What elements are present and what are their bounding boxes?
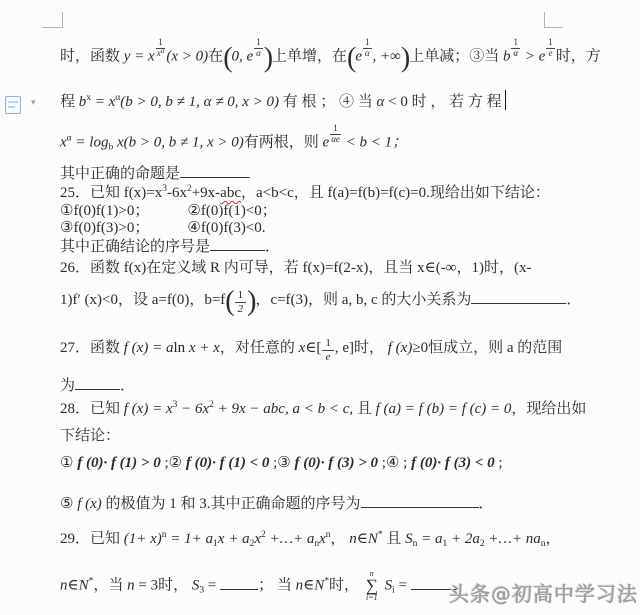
text-run: ，a<b<c，且 f(a)=f(b)=f(c)=0.现给出如下结论： — [241, 185, 550, 201]
text-run: = a — [417, 531, 442, 547]
watermark: 头条@初高中学习法 — [449, 578, 638, 607]
answer-blank — [471, 288, 566, 304]
text-line-10: 1)f′ (x)<0，设 a=f(0)，b=f(12)，c=f(3)，则 a, … — [60, 288, 581, 316]
text-run: ． — [479, 496, 494, 512]
text-run: < b < 1； — [342, 135, 407, 151]
fraction: 12 — [235, 289, 247, 315]
text-run: x + a — [218, 531, 250, 547]
text-run: 有两根，则 — [244, 135, 323, 151]
summation-symbol: n∑i=1 — [366, 570, 378, 602]
fraction: 1α — [511, 38, 520, 58]
fraction-denominator: 2 — [235, 303, 247, 316]
text-run: 为 — [60, 378, 75, 394]
text-run: − 6x — [177, 401, 209, 417]
text-run: 25．已知 f(x)=x — [60, 185, 162, 201]
fraction: 1e — [322, 337, 334, 363]
text-line-8: 其中正确结论的序号是． — [60, 235, 280, 258]
text-run: (1+ x) — [124, 531, 162, 547]
text-run: 下结论： — [60, 428, 120, 444]
answer-blank — [75, 374, 120, 390]
text-run: (b > 0, b ≠ 1, α ≠ 0, x > 0) — [120, 94, 279, 110]
spellcheck-flagged-text: abc — [220, 185, 241, 201]
text-run: e — [539, 49, 546, 65]
text-run: n — [60, 578, 68, 594]
big-paren: ) — [401, 43, 409, 74]
fraction-numerator: 1 — [235, 289, 247, 303]
text-run: + 9x − abc, a < b < c, — [214, 401, 353, 417]
text-run: 1)f′ (x)<0，设 a=f(0)，b=f — [60, 292, 225, 308]
text-run: 上单减；③当 — [409, 49, 503, 65]
text-run: +…+ a — [266, 531, 315, 547]
fraction-denominator: αe — [330, 135, 341, 145]
fraction-denominator: α — [363, 49, 372, 59]
fraction-denominator-superscript: α — [161, 47, 165, 55]
text-run: ∈[ — [305, 340, 321, 356]
text-run: e — [355, 49, 362, 65]
text-run: 程 — [60, 94, 79, 110]
text-run: 28．已知 — [60, 401, 124, 417]
document-page[interactable]: ▾ 时，函数 y = x1xα(x > 0)在(0, e1α)上单增，在(e1α… — [0, 0, 640, 615]
text-run: ∈ — [303, 578, 314, 594]
text-run: < 0 时 ， 若 方 程 — [388, 94, 501, 110]
text-run: N — [314, 578, 324, 594]
text-run: e — [323, 135, 330, 151]
text-run: +…+ na — [485, 531, 541, 547]
text-run: f (a) = f (b) = f (c) = 0 — [376, 401, 512, 417]
text-line-14: 下结论： — [60, 425, 120, 447]
text-run: = x — [91, 94, 115, 110]
text-run: S — [381, 578, 392, 594]
text-run: , +∞ — [373, 49, 401, 65]
dropdown-arrow-icon[interactable]: ▾ — [31, 98, 36, 108]
text-run: ∈ — [68, 578, 79, 594]
text-run: (b > 0, b ≠ 1, x > 0) — [124, 135, 244, 151]
summation-lower-limit: i=1 — [366, 594, 378, 602]
text-run: ； 当 — [258, 578, 296, 594]
big-paren: ( — [223, 43, 231, 74]
margin-corner-mark-topright — [544, 12, 563, 28]
big-paren: ( — [225, 286, 233, 317]
sigma-glyph: ∑ — [366, 578, 378, 594]
text-run: ; — [495, 455, 503, 471]
answer-blank — [180, 162, 250, 178]
fraction: 1e — [546, 38, 555, 58]
text-run: n — [296, 578, 304, 594]
text-run: 时， — [329, 578, 363, 594]
text-run: 0, e — [232, 49, 254, 65]
fraction-denominator: α — [511, 49, 520, 59]
text-run: x — [60, 135, 67, 151]
text-run: f (x) = x — [124, 401, 173, 417]
text-run: ，c=f(3)，则 a, b, c 的大小关系为 — [255, 292, 471, 308]
text-run: ③f(0)f(3)>0； — [60, 220, 149, 236]
text-run: f (x) = a — [124, 340, 174, 356]
text-run: ． — [120, 378, 135, 394]
answer-blank — [220, 574, 258, 590]
text-run: + 2a — [447, 531, 480, 547]
text-run: ① — [60, 455, 77, 471]
text-run: ，现给出如 — [511, 401, 586, 417]
text-run: = — [204, 578, 220, 594]
text-line-9: 26．函数 f(x)在定义域 R 内可导，若 f(x)=f(2-x)，且当 x∈… — [60, 257, 531, 279]
text-run: N — [79, 578, 89, 594]
fraction-numerator: 1 — [322, 337, 334, 351]
text-run: = — [395, 578, 411, 594]
text-run: ;② — [161, 455, 186, 471]
text-run: ;④ ; — [378, 455, 411, 471]
text-run: n — [349, 531, 357, 547]
text-run: ④f(0)f(3)<0. — [187, 220, 265, 236]
text-run: f (x) — [77, 496, 102, 512]
text-run: b — [503, 49, 511, 65]
text-run: ． — [566, 292, 581, 308]
text-run: ，当 — [93, 578, 127, 594]
text-run: x — [113, 135, 123, 151]
text-run: 且 — [353, 401, 376, 417]
text-run: -6x — [167, 185, 187, 201]
text-run: = log — [72, 135, 109, 151]
big-paren: ) — [264, 43, 272, 74]
text-run: 时，函数 — [60, 49, 124, 65]
text-run: n — [127, 578, 135, 594]
text-run: f (0)· f (1) < 0 — [186, 455, 270, 471]
text-run: ． — [265, 239, 280, 255]
text-run: f (0)· f (3) < 0 — [411, 455, 495, 471]
text-run: 在 — [208, 49, 223, 65]
text-run: 26．函数 f(x)在定义域 R 内可导，若 f(x)=f(2-x)，且当 x∈… — [60, 260, 531, 276]
fraction-denominator: xα — [156, 49, 166, 59]
text-run: 上单增，在 — [272, 49, 347, 65]
fraction-denominator: e — [546, 49, 555, 59]
fraction: 1α — [363, 38, 372, 58]
text-run: y = x — [124, 49, 155, 65]
text-run: ∈ — [357, 531, 368, 547]
text-line-11: 27．函数 f (x) = aln x + x，对任意的 x∈[1e, e]时，… — [60, 337, 562, 364]
text-run: ， — [331, 531, 350, 547]
text-line-13: 28．已知 f (x) = x3 − 6x2 + 9x − abc, a < b… — [60, 398, 586, 420]
text-run: S — [405, 531, 413, 547]
text-line-3: xα = logb x(b > 0, b ≠ 1, x > 0)有两根，则 e1… — [60, 124, 407, 154]
fraction-denominator: α — [254, 49, 263, 59]
margin-corner-mark-topleft — [42, 12, 63, 28]
text-line-17: 29．已知 (1+ x)n = 1+ a1x + a2x2 +…+ anxn， … — [60, 528, 561, 550]
text-run: ≥0恒成立，则 a 的范围 — [412, 340, 562, 356]
text-line-18: n∈N*，当 n = 3时， S3 = ； 当 n∈N*时， n∑i=1 Si … — [60, 570, 472, 602]
text-run: α — [377, 94, 389, 110]
fraction: 1α — [254, 38, 263, 58]
text-run: (x > 0) — [166, 49, 208, 65]
text-run: = 1+ a — [167, 531, 214, 547]
text-cursor — [505, 90, 507, 110]
text-run: 时，方 — [556, 49, 601, 65]
text-run: > — [521, 49, 539, 65]
text-run: , e]时， — [335, 340, 388, 356]
fraction-denominator: e — [322, 351, 334, 364]
text-run: 29．已知 — [60, 531, 124, 547]
answer-blank — [361, 492, 479, 508]
text-run: f (x) — [388, 340, 413, 356]
text-run: ， — [546, 531, 561, 547]
text-run: 27．函数 — [60, 340, 124, 356]
text-run: 的极值为 1 和 3.其中正确命题的序号为 — [102, 496, 361, 512]
text-run: ，对任意的 — [220, 340, 299, 356]
text-line-16: ⑤ f (x) 的极值为 1 和 3.其中正确命题的序号为． — [60, 492, 494, 515]
text-run: x + x — [189, 340, 220, 356]
text-line-15: ① f (0)· f (1) > 0 ;② f (0)· f (1) < 0 ;… — [60, 452, 503, 474]
text-run: f (0)· f (3) > 0 — [295, 455, 379, 471]
text-run: 有 根 ； ④ 当 — [279, 94, 377, 110]
text-run: 且 — [383, 531, 406, 547]
text-run: ln — [173, 340, 188, 356]
autocorrect-options-icon[interactable] — [5, 96, 21, 114]
text-line-2: 程 bx = xα(b > 0, b ≠ 1, α ≠ 0, x > 0) 有 … — [60, 90, 506, 113]
fraction: 1xα — [156, 38, 166, 58]
text-run: 其中正确结论的序号是 — [60, 239, 210, 255]
text-run: N — [368, 531, 378, 547]
text-run: 其中正确的命题是 — [60, 166, 180, 182]
text-run: +9x- — [192, 185, 220, 201]
text-run: f (0)· f (1) > 0 — [77, 455, 161, 471]
answer-blank — [210, 235, 265, 251]
text-run: x — [319, 531, 326, 547]
text-line-12: 为． — [60, 374, 135, 397]
text-run: ⑤ — [60, 496, 77, 512]
text-line-1: 时，函数 y = x1xα(x > 0)在(0, e1α)上单增，在(e1α, … — [60, 38, 601, 68]
text-run: ;③ — [269, 455, 294, 471]
fraction: 1αe — [330, 124, 341, 144]
text-run: = 3时， — [135, 578, 192, 594]
text-run: x — [254, 531, 261, 547]
